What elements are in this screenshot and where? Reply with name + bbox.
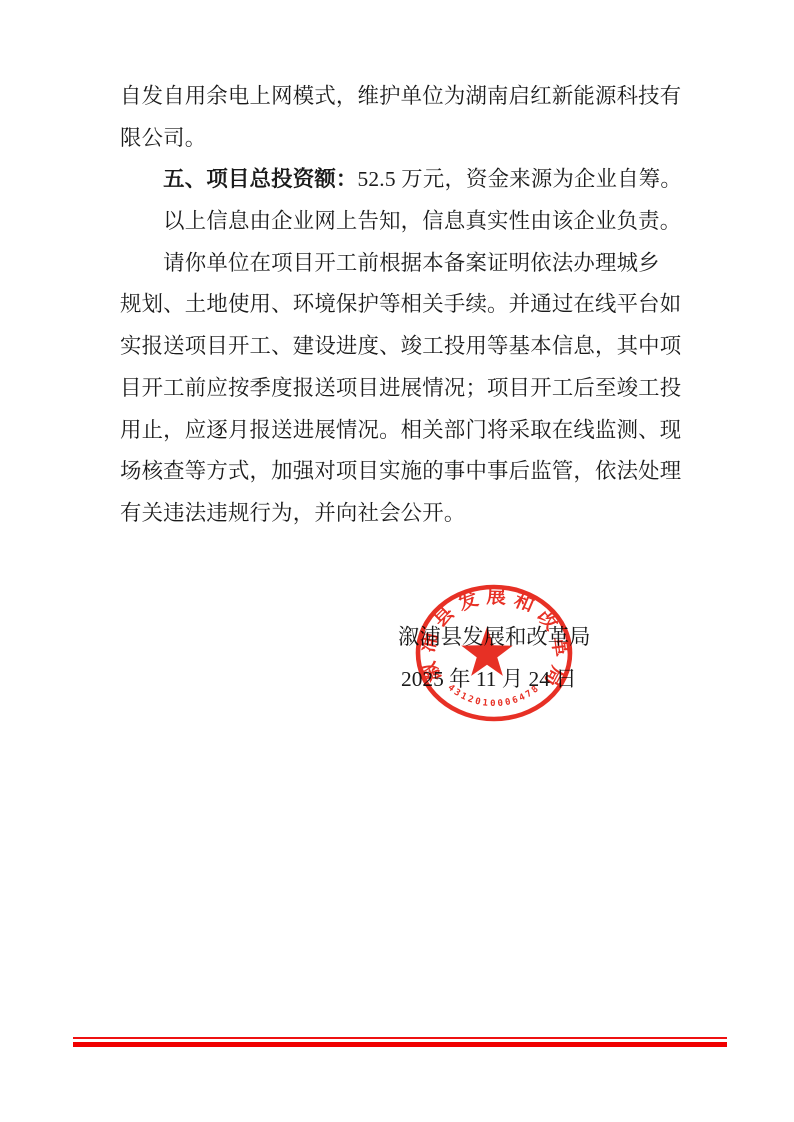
- investment-bold-label: 五、项目总投资额：: [120, 167, 358, 191]
- body-line: 以上信息由企业网上告知，信息真实性由该企业负责。: [120, 201, 682, 243]
- footer-rule-thin: [73, 1037, 727, 1039]
- body-line: 请你单位在项目开工前根据本备案证明依法办理城乡: [120, 243, 682, 285]
- body-paragraphs: 自发自用余电上网模式，维护单位为湖南启红新能源科技有 限公司。 五、项目总投资额…: [120, 76, 682, 535]
- footer-rule-thick: [73, 1042, 727, 1047]
- body-line: 用止，应逐月报送进展情况。相关部门将采取在线监测、现: [120, 410, 682, 452]
- body-line: 限公司。: [120, 118, 682, 160]
- official-seal: 溆浦县发展和改革局 4312010006478: [409, 580, 579, 726]
- svg-text:4312010006478: 4312010006478: [446, 683, 543, 709]
- seal-ring-text: 溆浦县发展和改革局: [415, 586, 572, 690]
- body-line: 规划、土地使用、环境保护等相关手续。并通过在线平台如: [120, 284, 682, 326]
- seal-star-icon: [461, 627, 512, 676]
- body-line: 实报送项目开工、建设进度、竣工投用等基本信息，其中项: [120, 326, 682, 368]
- seal-code: 4312010006478: [446, 683, 543, 709]
- body-line: 目开工前应按季度报送项目进展情况；项目开工后至竣工投: [120, 368, 682, 410]
- svg-text:溆浦县发展和改革局: 溆浦县发展和改革局: [415, 586, 572, 690]
- investment-value-text: 52.5 万元，资金来源为企业自筹。: [358, 167, 682, 191]
- body-line-investment: 五、项目总投资额：52.5 万元，资金来源为企业自筹。: [120, 159, 682, 201]
- body-line: 自发自用余电上网模式，维护单位为湖南启红新能源科技有: [120, 76, 682, 118]
- body-line: 场核查等方式，加强对项目实施的事中事后监管，依法处理: [120, 451, 682, 493]
- document-page: 自发自用余电上网模式，维护单位为湖南启红新能源科技有 限公司。 五、项目总投资额…: [0, 0, 794, 1122]
- body-line: 有关违法违规行为，并向社会公开。: [120, 493, 682, 535]
